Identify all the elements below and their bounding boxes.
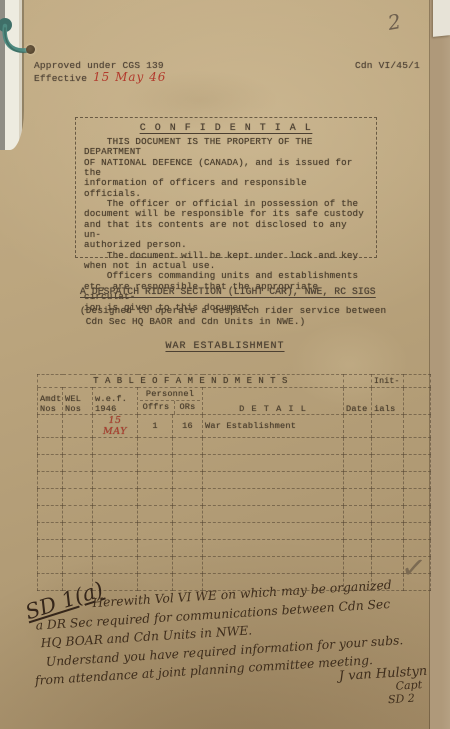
- empty-cell: [372, 438, 404, 455]
- empty-cell: [93, 523, 138, 540]
- confidential-paragraph: THIS DOCUMENT IS THE PROPERTY OF THE DEP…: [84, 137, 368, 199]
- empty-cell: [404, 472, 431, 489]
- empty-cell: [38, 557, 63, 574]
- col-amdt-nos: Amdt Nos: [38, 388, 63, 415]
- unit-title: A DESPATCH RIDER SECTION (LIGHT CAR), NW…: [80, 286, 376, 297]
- col-ors: ORs: [175, 401, 200, 414]
- empty-cell: [173, 523, 203, 540]
- detail-value: War Establishment: [203, 415, 344, 438]
- empty-cell: [38, 506, 63, 523]
- empty-cell: [38, 489, 63, 506]
- empty-cell: [203, 523, 344, 540]
- empty-cell: [344, 506, 372, 523]
- empty-cell: [38, 455, 63, 472]
- empty-cell: [372, 523, 404, 540]
- empty-cell: [63, 557, 93, 574]
- empty-cell: [63, 540, 93, 557]
- empty-cell: [173, 438, 203, 455]
- wef-date-handwritten: 15 MAY: [93, 415, 138, 438]
- empty-cell: [203, 438, 344, 455]
- confidential-paragraph: The officer or official in possession of…: [84, 199, 368, 251]
- empty-cell: [404, 438, 431, 455]
- empty-cell: [138, 506, 173, 523]
- empty-cell: [93, 438, 138, 455]
- empty-cell: [173, 506, 203, 523]
- empty-cell: [372, 540, 404, 557]
- empty-cell: [93, 472, 138, 489]
- empty-cell: [372, 557, 404, 574]
- empty-cell: [93, 455, 138, 472]
- empty-cell: [138, 523, 173, 540]
- approval-stamp: Approved under CGS 139 Effective 15 May …: [34, 60, 166, 84]
- empty-cell: [344, 375, 372, 388]
- empty-cell: [63, 489, 93, 506]
- empty-cell: [404, 388, 431, 415]
- empty-cell: [372, 506, 404, 523]
- empty-cell: [38, 523, 63, 540]
- offrs-value: 1: [138, 415, 173, 438]
- punch-hole: [26, 45, 35, 54]
- empty-cell: [93, 506, 138, 523]
- empty-cell: [93, 557, 138, 574]
- empty-cell: [38, 415, 63, 438]
- document-reference: Cdn VI/45/1: [355, 60, 420, 71]
- effective-date-handwritten: 15 May 46: [93, 70, 166, 84]
- empty-cell: [203, 472, 344, 489]
- empty-cell: [38, 540, 63, 557]
- empty-cell: [372, 489, 404, 506]
- empty-cell: [173, 540, 203, 557]
- empty-amendment-row: [38, 489, 431, 506]
- confidential-box: C O N F I D E N T I A L THIS DOCUMENT IS…: [75, 117, 377, 258]
- empty-cell: [404, 489, 431, 506]
- empty-cell: [63, 415, 93, 438]
- empty-cell: [344, 415, 372, 438]
- col-wel-nos: WEL Nos: [63, 388, 93, 415]
- empty-cell: [173, 472, 203, 489]
- document-page: 2 Approved under CGS 139 Effective 15 Ma…: [0, 0, 450, 729]
- empty-cell: [404, 506, 431, 523]
- empty-cell: [138, 557, 173, 574]
- empty-cell: [138, 574, 173, 591]
- col-detail: D E T A I L: [203, 388, 344, 415]
- empty-cell: [404, 455, 431, 472]
- empty-cell: [404, 415, 431, 438]
- empty-amendment-row: [38, 472, 431, 489]
- empty-cell: [38, 574, 63, 591]
- handwritten-note: SD 1(a) Herewith Vol VI WE on which may …: [28, 573, 443, 727]
- empty-cell: [38, 472, 63, 489]
- underlying-page-edge: [0, 0, 24, 150]
- empty-cell: [63, 472, 93, 489]
- confidential-paragraph: The document will be kept under lock and…: [84, 251, 368, 272]
- empty-cell: [404, 523, 431, 540]
- empty-cell: [404, 375, 431, 388]
- empty-amendment-row: [38, 438, 431, 455]
- col-initials-bottom: ials: [372, 388, 404, 415]
- empty-cell: [138, 455, 173, 472]
- ors-value: 16: [173, 415, 203, 438]
- empty-cell: [372, 472, 404, 489]
- empty-cell: [344, 438, 372, 455]
- top-right-notch: [433, 0, 450, 37]
- empty-cell: [173, 455, 203, 472]
- table-title-row: T A B L E O F A M E N D M E N T S Init-: [38, 375, 431, 388]
- effective-label: Effective: [34, 73, 87, 84]
- empty-cell: [138, 540, 173, 557]
- table-header-row: Amdt Nos WEL Nos w.e.f. 1946 Personnel O…: [38, 388, 431, 415]
- empty-amendment-row: [38, 557, 431, 574]
- empty-cell: [63, 506, 93, 523]
- personnel-label: Personnel: [140, 388, 200, 401]
- empty-cell: [344, 489, 372, 506]
- empty-cell: [344, 455, 372, 472]
- empty-cell: [203, 455, 344, 472]
- empty-cell: [138, 472, 173, 489]
- empty-cell: [93, 489, 138, 506]
- empty-cell: [63, 523, 93, 540]
- col-initials-top: Init-: [372, 375, 404, 388]
- empty-cell: [63, 455, 93, 472]
- empty-cell: [203, 557, 344, 574]
- col-personnel: Personnel Offrs ORs: [138, 388, 203, 415]
- table-of-amendments: T A B L E O F A M E N D M E N T S Init- …: [37, 374, 431, 591]
- empty-amendment-row: [38, 523, 431, 540]
- empty-cell: [203, 489, 344, 506]
- empty-cell: [344, 557, 372, 574]
- empty-cell: [344, 540, 372, 557]
- war-establishment-heading: WAR ESTABLISHMENT: [0, 341, 450, 352]
- empty-cell: [344, 472, 372, 489]
- empty-amendment-row: [38, 540, 431, 557]
- purpose-note: (Designed to operate a despatch rider se…: [80, 305, 386, 327]
- empty-cell: [203, 506, 344, 523]
- empty-cell: [372, 455, 404, 472]
- empty-cell: [63, 438, 93, 455]
- empty-cell: [344, 523, 372, 540]
- empty-amendment-row: [38, 455, 431, 472]
- col-offrs: Offrs: [140, 401, 175, 414]
- personnel-subheader: Offrs ORs: [140, 401, 200, 414]
- empty-cell: [138, 489, 173, 506]
- col-wef-1946: w.e.f. 1946: [93, 388, 138, 415]
- empty-cell: [203, 540, 344, 557]
- page-number: 2: [386, 9, 403, 35]
- empty-cell: [372, 415, 404, 438]
- empty-amendment-row: [38, 506, 431, 523]
- amendment-row-1: 15 MAY 1 16 War Establishment: [38, 415, 431, 438]
- col-date: Date: [344, 388, 372, 415]
- table-title: T A B L E O F A M E N D M E N T S: [38, 375, 344, 388]
- empty-cell: [93, 540, 138, 557]
- empty-cell: [138, 438, 173, 455]
- approval-line2: Effective 15 May 46: [34, 72, 166, 85]
- confidential-title: C O N F I D E N T I A L: [84, 123, 368, 134]
- empty-cell: [173, 557, 203, 574]
- empty-cell: [173, 489, 203, 506]
- empty-cell: [38, 438, 63, 455]
